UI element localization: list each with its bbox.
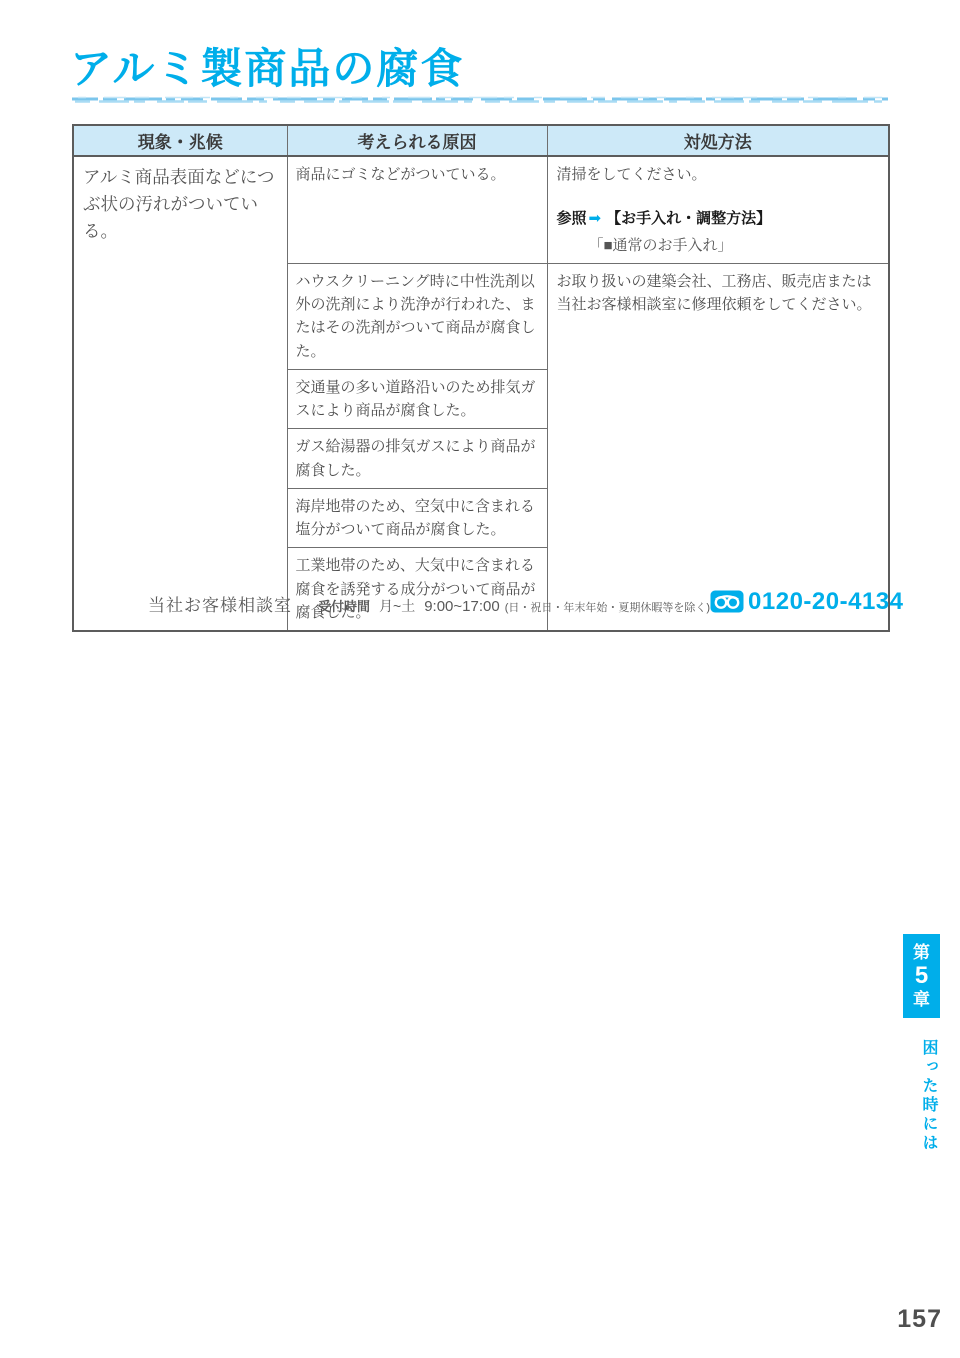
- chapter-tab: 第 5 章: [903, 934, 940, 1018]
- page-number: 157: [858, 1305, 942, 1334]
- col-header-remedy: 対処方法: [547, 125, 889, 156]
- reception-note: (日・祝日・年末年始・夏期休暇等を除く): [505, 599, 710, 615]
- cause-cell: 商品にゴミなどがついている。: [287, 156, 547, 263]
- title-underline-decoration: [72, 92, 888, 102]
- reference-label: 参照: [557, 210, 587, 227]
- reference-target: 【お手入れ・調整方法】: [606, 210, 771, 227]
- phone-number: 0120-20-4134: [748, 588, 903, 616]
- customer-support-line: 当社お客様相談室 受付時間 月~土 9:00~17:00 (日・祝日・年末年始・…: [72, 588, 888, 622]
- reference-line: 参照➡【お手入れ・調整方法】: [557, 207, 880, 230]
- cause-cell: 海岸地帯のため、空気中に含まれる塩分がついて商品が腐食した。: [287, 488, 547, 548]
- cause-cell: ハウスクリーニング時に中性洗剤以外の洗剤により洗浄が行われた、またはその洗剤がつ…: [287, 263, 547, 369]
- reception-hours-label: 受付時間: [318, 596, 370, 615]
- chapter-title-vertical: 困った時には: [903, 1036, 940, 1156]
- reception-time: 9:00~17:00: [424, 598, 500, 615]
- table-row: アルミ商品表面などにつぶ状の汚れがついている。 商品にゴミなどがついている。 清…: [73, 156, 889, 263]
- page-title: アルミ製商品の腐食: [70, 36, 464, 96]
- contact-name: 当社お客様相談室: [148, 591, 292, 616]
- chapter-number: 5: [915, 963, 928, 989]
- cause-cell: 交通量の多い道路沿いのため排気ガスにより商品が腐食した。: [287, 369, 547, 429]
- manual-page: アルミ製商品の腐食 現象・兆候 考えられる原因 対処方法 アルミ商品表面などにつ…: [0, 0, 960, 1358]
- remedy-cell-clean: 清掃をしてください。 参照➡【お手入れ・調整方法】 「■通常のお手入れ」: [547, 156, 889, 263]
- troubleshooting-table: 現象・兆候 考えられる原因 対処方法 アルミ商品表面などにつぶ状の汚れがついてい…: [72, 124, 890, 632]
- phone-block: 0120-20-4134: [710, 588, 903, 616]
- reference-arrow-icon: ➡: [587, 210, 607, 227]
- col-header-cause: 考えられる原因: [287, 125, 547, 156]
- table-header-row: 現象・兆候 考えられる原因 対処方法: [73, 125, 889, 156]
- chapter-prefix: 第: [913, 942, 930, 963]
- cause-cell: ガス給湯器の排気ガスにより商品が腐食した。: [287, 429, 547, 489]
- symptom-cell: アルミ商品表面などにつぶ状の汚れがついている。: [73, 156, 287, 631]
- chapter-suffix: 章: [913, 989, 930, 1010]
- freedial-phone-icon: [710, 590, 744, 618]
- col-header-symptom: 現象・兆候: [73, 125, 287, 156]
- reference-sub-item: 「■通常のお手入れ」: [589, 234, 880, 257]
- remedy-clean-text: 清掃をしてください。: [557, 163, 880, 186]
- remedy-cell-repair: お取り扱いの建築会社、工務店、販売店または当社お客様相談室に修理依頼をしてくださ…: [547, 263, 889, 631]
- reception-days: 月~土: [379, 596, 415, 616]
